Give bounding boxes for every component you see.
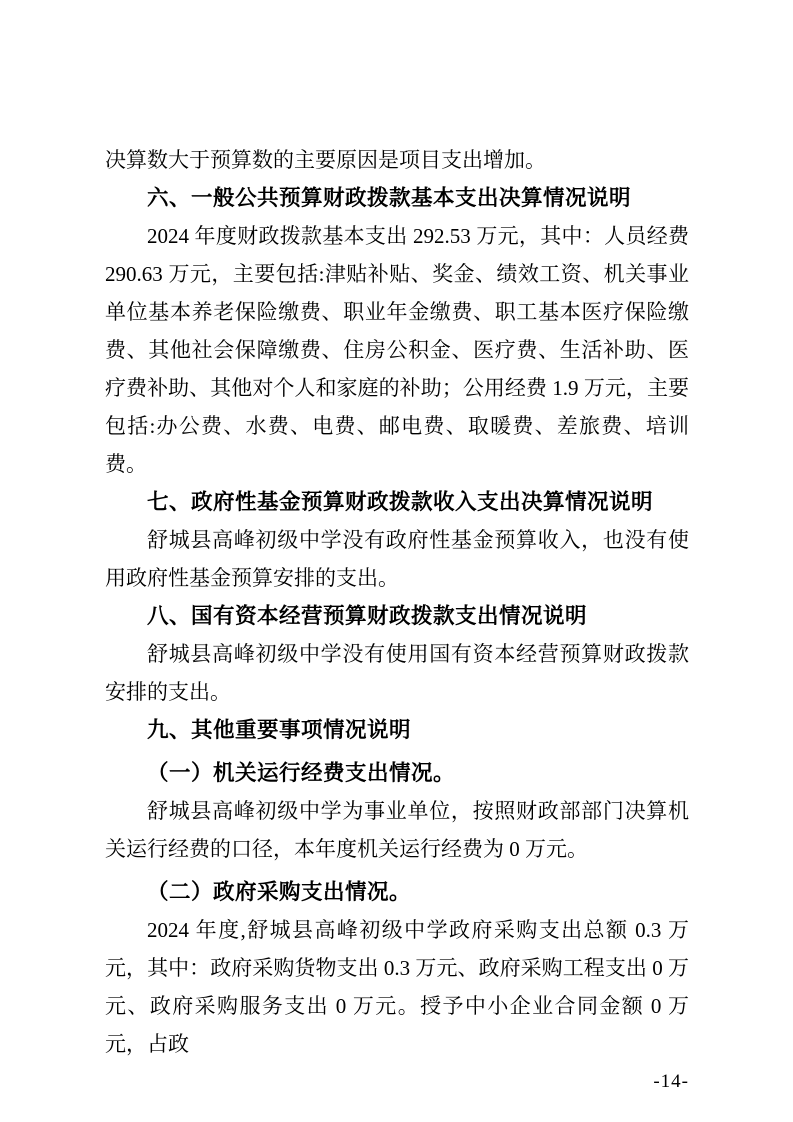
subsection-heading-2-procurement: （二）政府采购支出情况。 (105, 873, 689, 911)
paragraph-operating-expense-detail: 舒城县高峰初级中学为事业单位，按照财政部部门决算机关运行经费的口径，本年度机关运… (105, 792, 689, 868)
paragraph-procurement-detail: 2024 年度,舒城县高峰初级中学政府采购支出总额 0.3 万元，其中：政府采购… (105, 911, 689, 1063)
section-heading-6-basic-expenditure: 六、一般公共预算财政拨款基本支出决算情况说明 (105, 179, 689, 217)
section-heading-8-state-capital: 八、国有资本经营预算财政拨款支出情况说明 (105, 597, 689, 635)
document-page: 决算数大于预算数的主要原因是项目支出增加。 六、一般公共预算财政拨款基本支出决算… (0, 0, 793, 1122)
paragraph-gov-fund-detail: 舒城县高峰初级中学没有政府性基金预算收入，也没有使用政府性基金预算安排的支出。 (105, 521, 689, 597)
page-number: -14- (105, 1063, 689, 1101)
section-heading-7-gov-fund: 七、政府性基金预算财政拨款收入支出决算情况说明 (105, 483, 689, 521)
paragraph-state-capital-detail: 舒城县高峰初级中学没有使用国有资本经营预算财政拨款安排的支出。 (105, 635, 689, 711)
paragraph-continuation: 决算数大于预算数的主要原因是项目支出增加。 (105, 141, 689, 179)
paragraph-basic-expenditure-detail: 2024 年度财政拨款基本支出 292.53 万元，其中：人员经费 290.63… (105, 217, 689, 483)
subsection-heading-1-operating-expense: （一）机关运行经费支出情况。 (105, 754, 689, 792)
section-heading-9-other-matters: 九、其他重要事项情况说明 (105, 711, 689, 749)
